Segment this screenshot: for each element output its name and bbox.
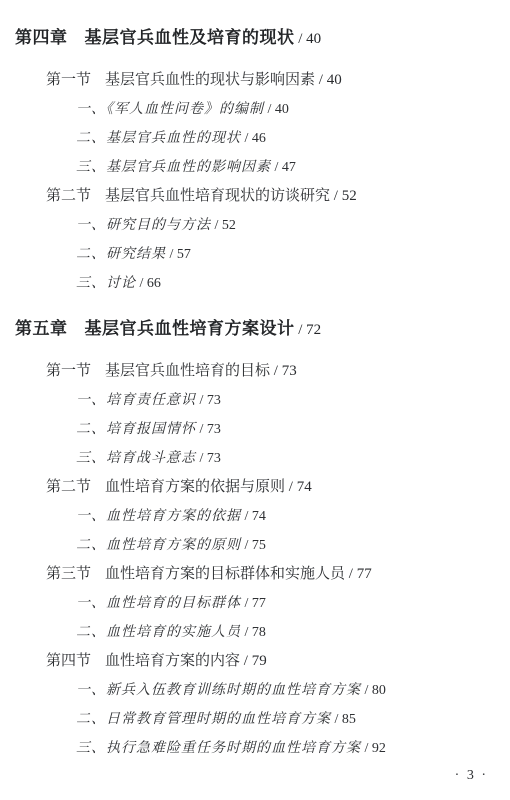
toc-entry-title: 血性培育方案的目标群体和实施人员: [105, 566, 345, 582]
toc-entry-page: / 47: [271, 160, 296, 175]
toc-entry-item: 一、血性培育方案的依据 / 74: [76, 502, 510, 531]
toc-entry-item: 一、培育责任意识 / 73: [76, 386, 510, 415]
toc-entry-page: / 40: [295, 31, 322, 47]
toc-entry-item: 一、《军人血性问卷》的编制 / 40: [76, 95, 510, 124]
toc-entry-page: / 85: [331, 712, 356, 727]
toc-entry-item: 三、执行急难险重任务时期的血性培育方案 / 92: [76, 734, 510, 763]
toc-entry-page: / 73: [196, 451, 221, 466]
toc-entry-label: 第二节: [46, 188, 91, 204]
toc-entry-label: 二、: [76, 625, 106, 640]
toc-entry-label: 三、: [76, 451, 106, 466]
toc-entry-title: 基层官兵血性培育方案设计: [85, 319, 295, 338]
toc-entry-title: 培育战斗意志: [106, 451, 196, 466]
toc-entry-title: 基层官兵血性的现状与影响因素: [105, 72, 315, 88]
toc-entry-item: 三、讨论 / 66: [76, 269, 510, 298]
toc-entry-title: 基层官兵血性及培育的现状: [85, 28, 295, 47]
toc-entry-item: 二、基层官兵血性的现状 / 46: [76, 124, 510, 153]
toc-entry-page: / 78: [241, 625, 266, 640]
toc-entry-label: 一、: [76, 393, 106, 408]
toc-entry-item: 三、培育战斗意志 / 73: [76, 444, 510, 473]
toc-entry-item: 二、研究结果 / 57: [76, 240, 510, 269]
toc-entry-page: / 77: [345, 566, 372, 582]
toc-entry-label: 第一节: [46, 72, 91, 88]
toc-entry-item: 一、研究目的与方法 / 52: [76, 211, 510, 240]
toc-entry-label: 第三节: [46, 566, 91, 582]
toc-entry-page: / 46: [241, 131, 266, 146]
toc-entry-title: 血性培育的实施人员: [106, 625, 241, 640]
toc-entry-label: 一、: [76, 596, 106, 611]
toc-entry-page: / 77: [241, 596, 266, 611]
toc-entry-title: 培育责任意识: [106, 393, 196, 408]
toc-entry-title: 基层官兵血性的现状: [106, 131, 241, 146]
toc-entry-page: / 73: [270, 363, 297, 379]
toc-entry-title: 基层官兵血性培育的目标: [105, 363, 270, 379]
toc-entry-title: 血性培育的目标群体: [106, 596, 241, 611]
toc-entry-page: / 52: [330, 188, 357, 204]
toc-entry-item: 二、血性培育的实施人员 / 78: [76, 618, 510, 647]
toc-entry-title: 基层官兵血性的影响因素: [106, 160, 271, 175]
toc-entry-title: 新兵入伍教育训练时期的血性培育方案: [106, 683, 361, 698]
toc-entry-label: 二、: [76, 712, 106, 727]
toc-entry-label: 第四节: [46, 653, 91, 669]
toc-entry-page: / 80: [361, 683, 386, 698]
toc-entry-label: 二、: [76, 538, 106, 553]
toc-entry-title: 执行急难险重任务时期的血性培育方案: [106, 741, 361, 756]
toc-entry-section: 第一节基层官兵血性的现状与影响因素 / 40: [46, 66, 510, 95]
toc-entry-item: 二、日常教育管理时期的血性培育方案 / 85: [76, 705, 510, 734]
toc-page: 第四章基层官兵血性及培育的现状 / 40第一节基层官兵血性的现状与影响因素 / …: [0, 0, 510, 800]
toc-entry-item: 一、新兵入伍教育训练时期的血性培育方案 / 80: [76, 676, 510, 705]
toc-entry-section: 第二节血性培育方案的依据与原则 / 74: [46, 473, 510, 502]
toc-entry-title: 血性培育方案的依据与原则: [105, 479, 285, 495]
toc-entry-page: / 74: [285, 479, 312, 495]
toc-entry-title: 研究结果: [106, 247, 166, 262]
toc-entry-label: 第一节: [46, 363, 91, 379]
toc-entry-label: 第五章: [15, 319, 68, 338]
toc-entry-label: 一、: [76, 509, 106, 524]
page-number: · 3 ·: [455, 768, 488, 784]
toc-entry-title: 日常教育管理时期的血性培育方案: [106, 712, 331, 727]
toc-entry-page: / 66: [136, 276, 161, 291]
toc-entry-page: / 79: [240, 653, 267, 669]
toc-entry-title: 培育报国情怀: [106, 422, 196, 437]
toc-entry-label: 一、: [76, 102, 106, 117]
toc-entry-title: 基层官兵血性培育现状的访谈研究: [105, 188, 330, 204]
toc-entry-section: 第二节基层官兵血性培育现状的访谈研究 / 52: [46, 182, 510, 211]
toc-entry-page: / 72: [295, 322, 322, 338]
toc-entry-page: / 40: [315, 72, 342, 88]
toc-entry-page: / 74: [241, 509, 266, 524]
toc-entry-section: 第四节血性培育方案的内容 / 79: [46, 647, 510, 676]
toc-entry-label: 二、: [76, 247, 106, 262]
toc-entry-page: / 52: [211, 218, 236, 233]
toc-entry-label: 三、: [76, 741, 106, 756]
toc-entry-title: 血性培育方案的依据: [106, 509, 241, 524]
toc-entry-label: 第二节: [46, 479, 91, 495]
toc-list: 第四章基层官兵血性及培育的现状 / 40第一节基层官兵血性的现状与影响因素 / …: [0, 0, 510, 763]
toc-entry-item: 三、基层官兵血性的影响因素 / 47: [76, 153, 510, 182]
toc-entry-title: 研究目的与方法: [106, 218, 211, 233]
toc-entry-item: 一、血性培育的目标群体 / 77: [76, 589, 510, 618]
toc-entry-section: 第一节基层官兵血性培育的目标 / 73: [46, 357, 510, 386]
toc-entry-label: 一、: [76, 683, 106, 698]
toc-entry-page: / 73: [196, 393, 221, 408]
toc-entry-label: 一、: [76, 218, 106, 233]
toc-entry-page: / 73: [196, 422, 221, 437]
toc-entry-label: 三、: [76, 160, 106, 175]
toc-entry-title: 血性培育方案的内容: [105, 653, 240, 669]
toc-entry-label: 二、: [76, 422, 106, 437]
toc-entry-section: 第三节血性培育方案的目标群体和实施人员 / 77: [46, 560, 510, 589]
toc-entry-title: 讨论: [106, 276, 136, 291]
toc-entry-page: / 40: [264, 102, 289, 117]
toc-entry-chapter: 第五章基层官兵血性培育方案设计 / 72: [15, 314, 510, 345]
toc-entry-page: / 92: [361, 741, 386, 756]
toc-entry-item: 二、血性培育方案的原则 / 75: [76, 531, 510, 560]
toc-entry-title: 《军人血性问卷》的编制: [106, 102, 264, 117]
toc-entry-label: 三、: [76, 276, 106, 291]
toc-entry-page: / 57: [166, 247, 191, 262]
toc-entry-title: 血性培育方案的原则: [106, 538, 241, 553]
toc-entry-item: 二、培育报国情怀 / 73: [76, 415, 510, 444]
toc-entry-page: / 75: [241, 538, 266, 553]
toc-entry-label: 二、: [76, 131, 106, 146]
toc-entry-label: 第四章: [15, 28, 68, 47]
toc-entry-chapter: 第四章基层官兵血性及培育的现状 / 40: [15, 23, 510, 54]
